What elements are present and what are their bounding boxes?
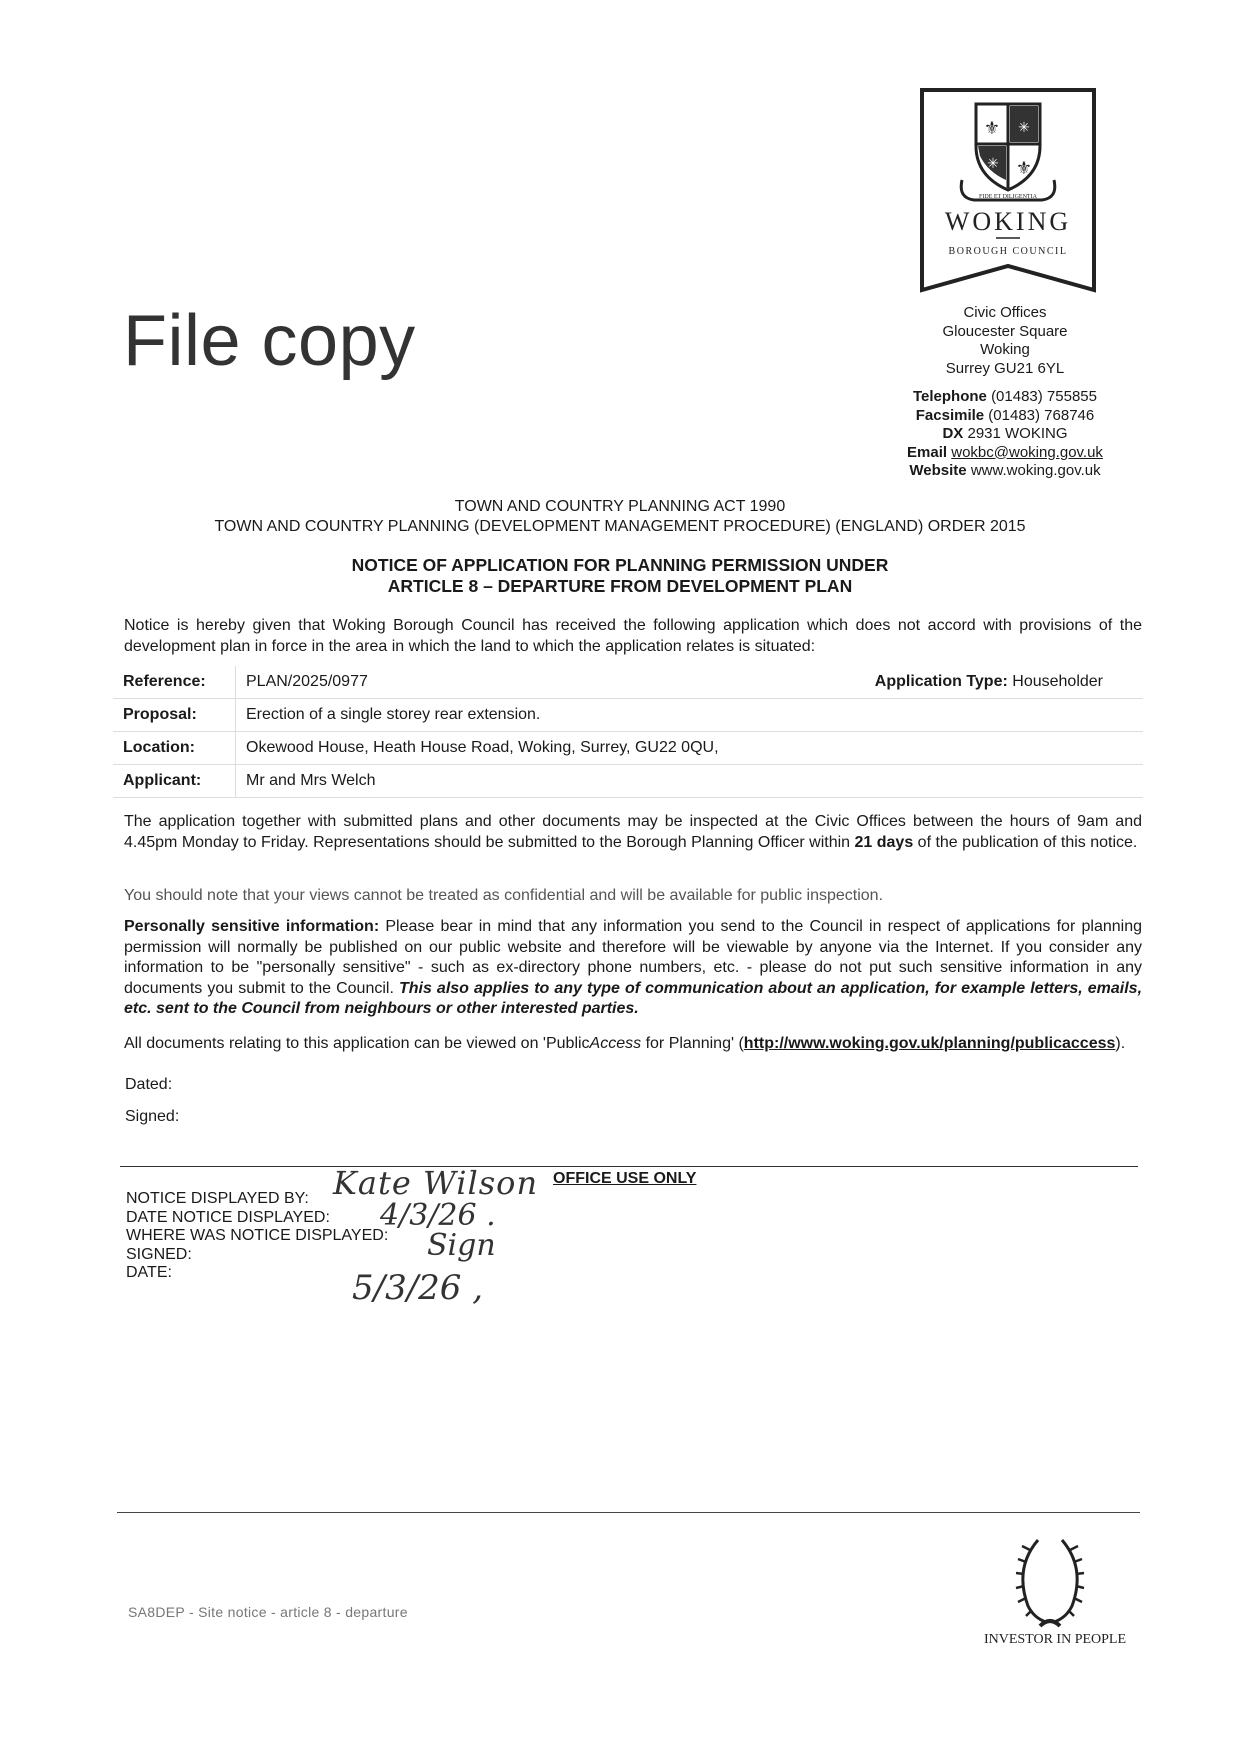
notice-title: NOTICE OF APPLICATION FOR PLANNING PERMI…	[0, 555, 1240, 597]
applicant-label: Applicant:	[113, 765, 236, 798]
footer-divider	[117, 1512, 1140, 1513]
email-line: Email wokbc@woking.gov.uk	[880, 444, 1130, 463]
applicant-value: Mr and Mrs Welch	[236, 765, 1144, 798]
field-label: WHERE WAS NOTICE DISPLAYED:	[126, 1227, 388, 1246]
public-access-paragraph: All documents relating to this applicati…	[124, 1034, 1142, 1055]
facsimile-line: Facsimile (01483) 768746	[880, 407, 1130, 426]
svg-text:FIDE ET DILIGENTIA: FIDE ET DILIGENTIA	[979, 194, 1038, 200]
divider	[120, 1166, 1138, 1167]
council-address: Civic Offices Gloucester Square Woking S…	[880, 304, 1130, 378]
svg-text:⚜: ⚜	[1016, 158, 1032, 178]
table-row: Applicant: Mr and Mrs Welch	[113, 765, 1143, 798]
inspection-paragraph: The application together with submitted …	[124, 812, 1142, 853]
public-access-link[interactable]: http://www.woking.gov.uk/planning/public…	[744, 1035, 1116, 1052]
confidentiality-note: You should note that your views cannot b…	[124, 886, 1142, 907]
logo-wordmark: WOKING	[945, 207, 1071, 236]
website-line: Website www.woking.gov.uk	[880, 462, 1130, 481]
table-row: Location: Okewood House, Heath House Roa…	[113, 732, 1143, 765]
dated-label: Dated:	[125, 1076, 172, 1094]
reference-label: Reference:	[113, 666, 236, 699]
council-contacts: Telephone (01483) 755855 Facsimile (0148…	[880, 388, 1130, 481]
field-label: DATE:	[126, 1264, 388, 1283]
office-use-heading: OFFICE USE ONLY	[553, 1170, 696, 1188]
location-value: Okewood House, Heath House Road, Woking,…	[236, 732, 1144, 765]
field-label: DATE NOTICE DISPLAYED:	[126, 1209, 388, 1228]
proposal-label: Proposal:	[113, 699, 236, 732]
legislation-heading: TOWN AND COUNTRY PLANNING ACT 1990 TOWN …	[0, 497, 1240, 537]
address-line: Woking	[880, 341, 1130, 360]
intro-paragraph: Notice is hereby given that Woking Borou…	[124, 616, 1142, 657]
svg-text:✳: ✳	[987, 155, 999, 171]
email-link[interactable]: wokbc@woking.gov.uk	[951, 444, 1103, 461]
address-line: Civic Offices	[880, 304, 1130, 323]
reference-value: PLAN/2025/0977	[246, 673, 368, 690]
handwritten-displayed-by: Kate Wilson	[333, 1164, 538, 1202]
svg-text:⚜: ⚜	[984, 118, 1000, 138]
investor-in-people-wreath-icon	[1000, 1528, 1100, 1638]
table-row: Proposal: Erection of a single storey re…	[113, 699, 1143, 732]
telephone-line: Telephone (01483) 755855	[880, 388, 1130, 407]
handwritten-where-displayed: Sign	[427, 1228, 496, 1263]
proposal-value: Erection of a single storey rear extensi…	[236, 699, 1144, 732]
application-details-table: Reference: PLAN/2025/0977 Application Ty…	[113, 666, 1143, 798]
file-copy-stamp: File copy	[123, 300, 416, 382]
handwritten-date: 5/3/26 ,	[352, 1268, 483, 1308]
address-line: Surrey GU21 6YL	[880, 360, 1130, 379]
location-label: Location:	[113, 732, 236, 765]
address-line: Gloucester Square	[880, 323, 1130, 342]
dx-line: DX 2931 WOKING	[880, 425, 1130, 444]
office-use-fields: NOTICE DISPLAYED BY: DATE NOTICE DISPLAY…	[126, 1190, 388, 1283]
signed-label: Signed:	[125, 1108, 179, 1126]
table-row: Reference: PLAN/2025/0977 Application Ty…	[113, 666, 1143, 699]
website-text: www.woking.gov.uk	[971, 462, 1101, 479]
logo-subtitle: BOROUGH COUNCIL	[949, 246, 1068, 257]
svg-text:✳: ✳	[1018, 119, 1030, 135]
woking-borough-council-logo: ⚜ ⚜ ✳ ✳ FIDE ET DILIGENTIA WOKING BOROUG…	[918, 88, 1098, 298]
investor-in-people-label: INVESTOR IN PEOPLE	[960, 1632, 1150, 1648]
application-type: Application Type: Householder	[875, 673, 1133, 691]
sensitive-info-paragraph: Personally sensitive information: Please…	[124, 917, 1142, 1020]
form-code: SA8DEP - Site notice - article 8 - depar…	[128, 1604, 408, 1620]
field-label: SIGNED:	[126, 1246, 388, 1265]
